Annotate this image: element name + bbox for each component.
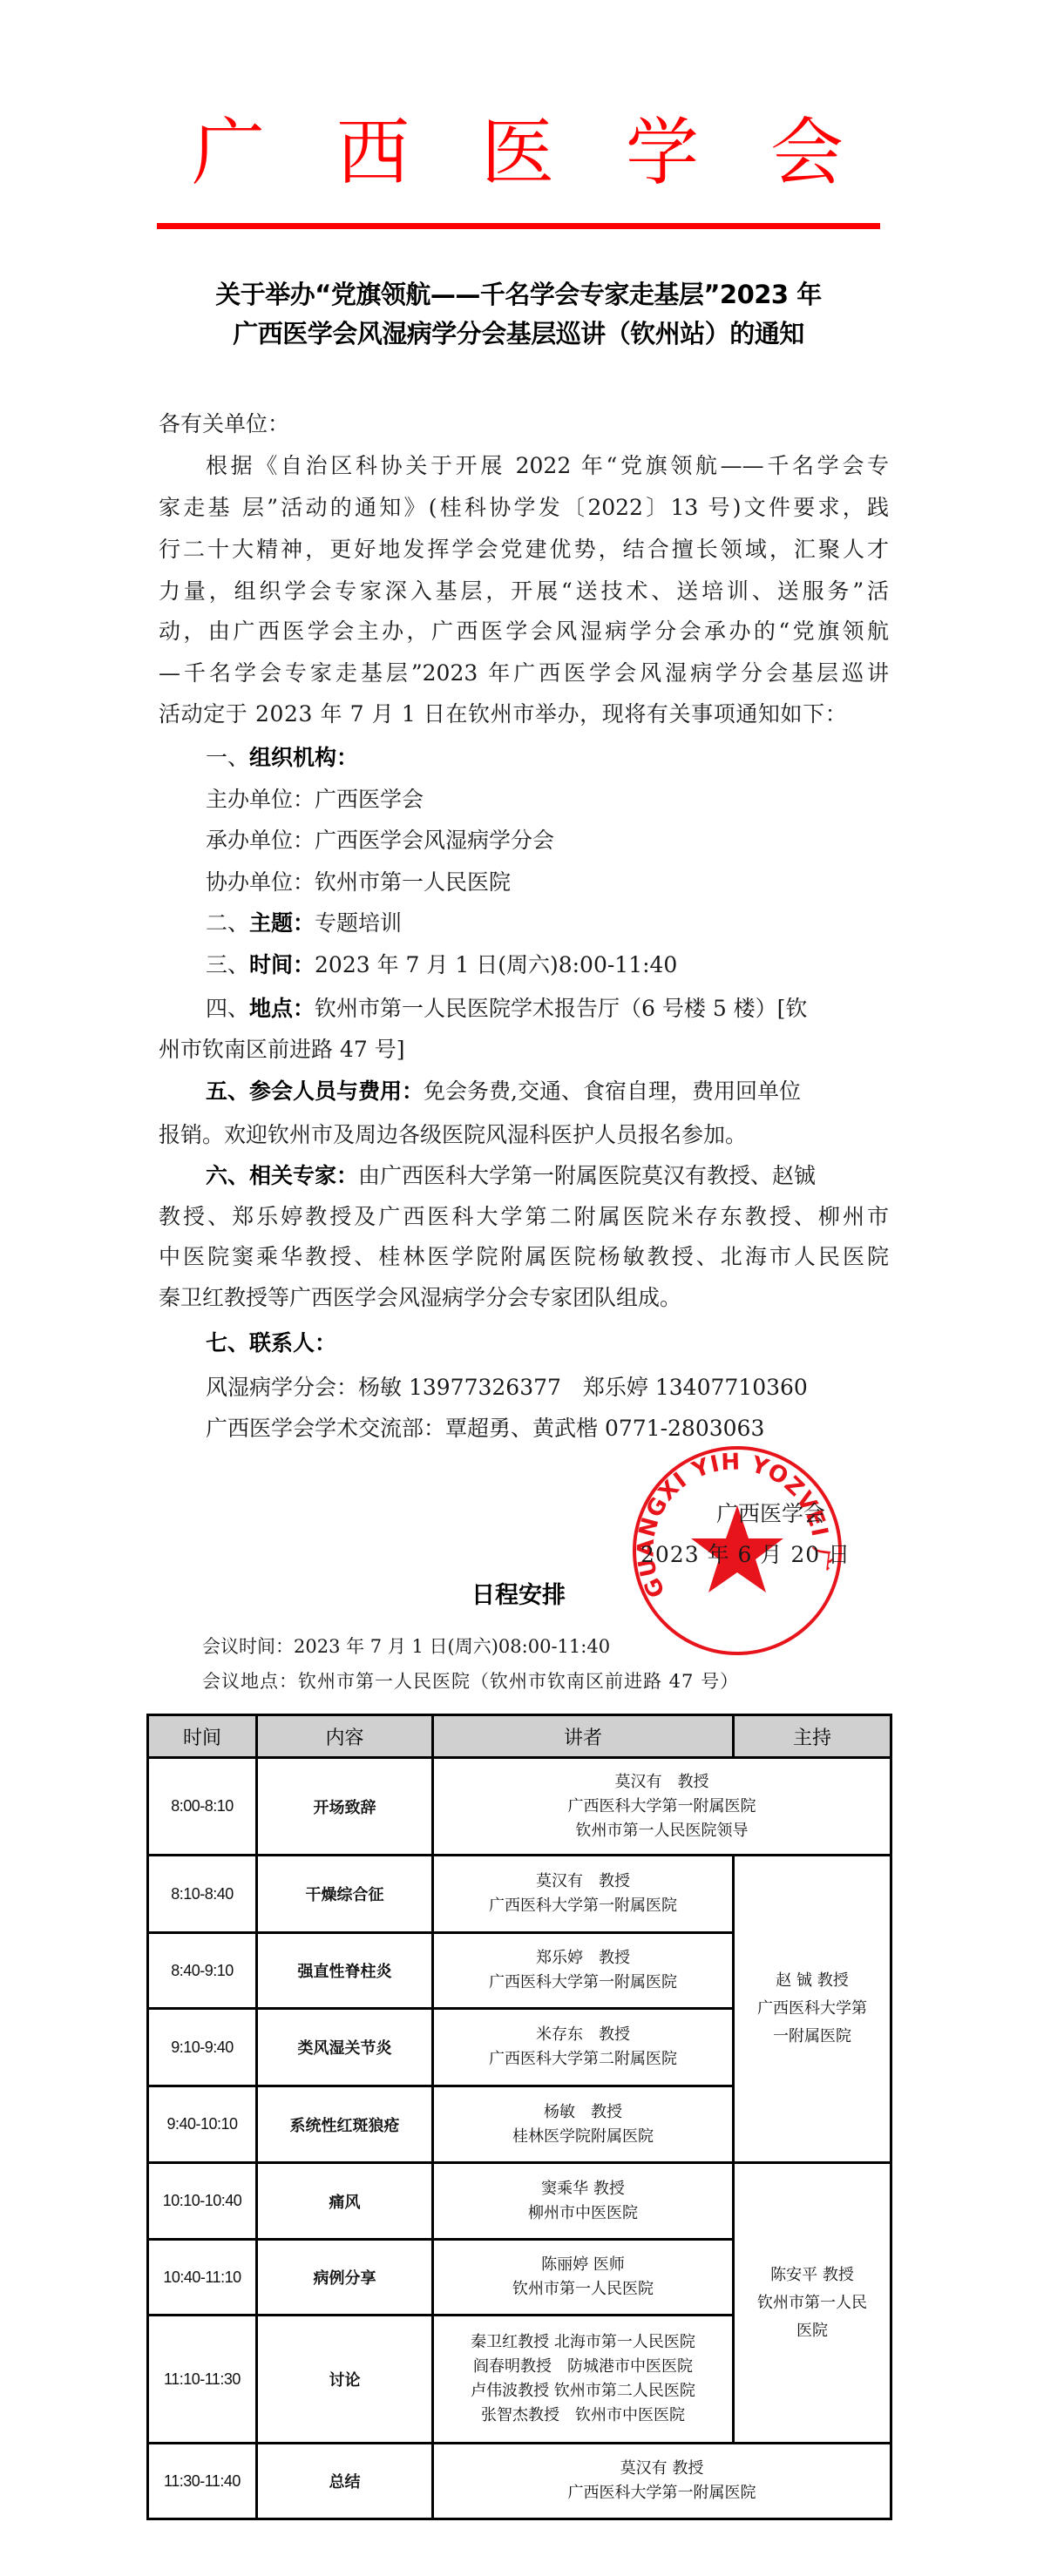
cell-host: 赵 铖 教授 广西医科大学第 一附属医院 [734,1856,891,2163]
intro-line: 力量，组织学会专家深入基层，开展“送技术、送培训、送服务”活 [159,577,889,606]
fees-value: 免会务费,交通、食宿自理，费用回单位 [424,1078,801,1104]
meeting-time: 会议时间：2023 年 7 月 1 日(周六)08:00-11:40 [202,1633,610,1660]
cell-time: 8:10-8:40 [148,1856,257,1933]
document-title-line-2: 广西医学会风湿病学分会基层巡讲（钦州站）的通知 [157,316,880,351]
venue-value-cont: 州市钦南区前进路 47 号] [159,1035,889,1065]
co-organizer-unit: 协办单位：钦州市第一人民医院 [206,868,889,897]
cell-topic: 讨论 [257,2316,433,2444]
letterhead-org-name: 广 西 医 学 会 [157,105,880,200]
schedule-title: 日程安排 [0,1579,1037,1613]
speaker-line: 广西医科大学第一附属医院 [434,1795,890,1819]
host-line: 钦州市第一人民 [735,2289,890,2317]
intro-line: 根据《自治区科协关于开展 2022 年“党旗领航——千名学会专 [206,451,889,481]
speaker-line: 陈丽婷 医师 [434,2253,732,2277]
section-heading: 主题： [249,910,315,936]
host-line: 广西医科大学第 [735,1995,890,2023]
table-row: 8:00-8:10 开场致辞 莫汉有 教授 广西医科大学第一附属医院 钦州市第一… [148,1758,891,1856]
cell-speaker: 陈丽婷 医师 钦州市第一人民医院 [433,2240,734,2316]
experts-line: 秦卫红教授等广西医学会风湿病学分会专家团队组成。 [159,1283,889,1313]
experts-value: 由广西医科大学第一附属医院莫汉有教授、赵铖 [358,1163,816,1188]
time-value: 2023 年 7 月 1 日(周六)8:00-11:40 [315,952,677,977]
section-heading: 七、联系人： [206,1330,336,1356]
speaker-line: 阎春明教授 防城港市中医医院 [434,2355,732,2379]
signature-date: 2023 年 6 月 20 日 [640,1540,851,1570]
cell-speaker: 米存东 教授 广西医科大学第二附属医院 [433,2009,734,2086]
speaker-line: 广西医科大学第一附属医院 [434,2481,890,2505]
speaker-line: 张智杰教授 钦州市中医医院 [434,2404,732,2428]
cell-speaker: 秦卫红教授 北海市第一人民医院 阎春明教授 防城港市中医医院 卢伟波教授 钦州市… [433,2316,734,2444]
cell-speaker: 莫汉有 教授 广西医科大学第一附属医院 [433,2444,891,2519]
table-row: 11:30-11:40 总结 莫汉有 教授 广西医科大学第一附属医院 [148,2444,891,2519]
section-heading: 时间： [249,952,315,977]
intro-line: 家走基 层”活动的通知》(桂科协学发〔2022〕13 号)文件要求，践 [159,493,889,523]
speaker-line: 广西医科大学第一附属医院 [434,1971,732,1995]
organizer-unit: 承办单位：广西医学会风湿病学分会 [206,826,889,855]
section-contacts: 七、联系人： [206,1329,889,1358]
cell-time: 9:40-10:10 [148,2086,257,2163]
speaker-line: 广西医科大学第一附属医院 [434,1894,732,1918]
section-number: 一、 [206,745,249,770]
meeting-place: 会议地点：钦州市第一人民医院（钦州市钦南区前进路 47 号） [202,1668,739,1694]
cell-topic: 干燥综合征 [257,1856,433,1933]
contact-line: 广西医学会学术交流部：覃超勇、黄武楷 0771-2803063 [206,1414,889,1444]
cell-topic: 病例分享 [257,2240,433,2316]
intro-line: 动，由广西医学会主办，广西医学会风湿病学分会承办的“党旗领航 [159,617,889,646]
cell-speaker: 杨敏 教授 桂林医学院附属医院 [433,2086,734,2163]
section-number: 四、 [206,996,249,1021]
letterhead-char: 西 [336,105,410,200]
letterhead-char: 广 [192,105,265,200]
cell-topic: 总结 [257,2444,433,2519]
table-header-row: 时间 内容 讲者 主持 [148,1715,891,1758]
section-heading: 组织机构： [249,745,358,770]
experts-line: 教授、郑乐婷教授及广西医科大学第二附属医院米存东教授、柳州市 [159,1202,889,1232]
section-heading: 六、相关专家： [206,1163,358,1188]
letterhead-char: 医 [481,105,554,200]
section-heading: 地点： [249,996,315,1021]
intro-line: —千名学会专家走基层”2023 年广西医学会风湿病学分会基层巡讲 [159,659,889,688]
theme-value: 专题培训 [315,910,402,936]
cell-time: 10:10-10:40 [148,2163,257,2240]
cell-host: 陈安平 教授 钦州市第一人民 医院 [734,2163,891,2444]
signature-org: 广西医学会 [716,1499,825,1529]
section-time: 三、时间：2023 年 7 月 1 日(周六)8:00-11:40 [206,950,889,980]
letterhead-char: 学 [626,105,699,200]
cell-topic: 类风湿关节炎 [257,2009,433,2086]
cell-speaker: 郑乐婷 教授 广西医科大学第一附属医院 [433,1933,734,2009]
column-header-speaker: 讲者 [433,1715,734,1758]
section-venue: 四、地点：钦州市第一人民医院学术报告厅（6 号楼 5 楼）[钦 [206,994,889,1024]
cell-speaker: 莫汉有 教授 广西医科大学第一附属医院 钦州市第一人民医院领导 [433,1758,891,1856]
intro-line: 活动定于 2023 年 7 月 1 日在钦州市举办，现将有关事项通知如下： [159,700,889,729]
table-row: 8:10-8:40 干燥综合征 莫汉有 教授 广西医科大学第一附属医院 赵 铖 … [148,1856,891,1933]
salutation: 各有关单位： [159,409,889,439]
speaker-line: 莫汉有 教授 [434,1770,890,1795]
host-line: 赵 铖 教授 [735,1967,890,1995]
speaker-line: 钦州市第一人民医院领导 [434,1819,890,1843]
letterhead-char: 会 [770,105,844,200]
column-header-time: 时间 [148,1715,257,1758]
document-title-line-1: 关于举办“党旗领航——千名学会专家走基层”2023 年 [157,277,880,312]
fees-value-cont: 报销。欢迎钦州市及周边各级医院风湿科医护人员报名参加。 [159,1120,889,1150]
speaker-line: 卢伟波教授 钦州市第二人民医院 [434,2379,732,2404]
host-line: 陈安平 教授 [735,2262,890,2289]
cell-time: 9:10-9:40 [148,2009,257,2086]
table-row: 10:10-10:40 痛风 窦乘华 教授 柳州市中医医院 陈安平 教授 钦州市… [148,2163,891,2240]
cell-speaker: 莫汉有 教授 广西医科大学第一附属医院 [433,1856,734,1933]
cell-time: 11:30-11:40 [148,2444,257,2519]
speaker-line: 秦卫红教授 北海市第一人民医院 [434,2330,732,2355]
column-header-host: 主持 [734,1715,891,1758]
section-experts: 六、相关专家：由广西医科大学第一附属医院莫汉有教授、赵铖 [206,1161,889,1191]
speaker-line: 桂林医学院附属医院 [434,2125,732,2149]
speaker-line: 杨敏 教授 [434,2100,732,2125]
cell-topic: 系统性红斑狼疮 [257,2086,433,2163]
section-fees: 五、参会人员与费用：免会务费,交通、食宿自理，费用回单位 [206,1077,889,1106]
section-number: 二、 [206,910,249,936]
speaker-line: 窦乘华 教授 [434,2177,732,2201]
speaker-line: 广西医科大学第二附属医院 [434,2047,732,2072]
venue-value: 钦州市第一人民医院学术报告厅（6 号楼 5 楼）[钦 [315,996,807,1021]
section-theme: 二、主题：专题培训 [206,909,889,938]
contact-line: 风湿病学分会：杨敏 13977326377 郑乐婷 13407710360 [206,1373,889,1403]
column-header-topic: 内容 [257,1715,433,1758]
cell-time: 8:40-9:10 [148,1933,257,2009]
cell-time: 11:10-11:30 [148,2316,257,2444]
host-line: 一附属医院 [735,2023,890,2051]
speaker-line: 莫汉有 教授 [434,1869,732,1894]
section-heading: 五、参会人员与费用： [206,1078,424,1104]
intro-line: 行二十大精神，更好地发挥学会党建优势，结合擅长领域，汇聚人才 [159,535,889,565]
cell-topic: 开场致辞 [257,1758,433,1856]
speaker-line: 柳州市中医医院 [434,2201,732,2226]
speaker-line: 郑乐婷 教授 [434,1946,732,1971]
host-line: 医院 [735,2317,890,2345]
schedule-table: 时间 内容 讲者 主持 8:00-8:10 开场致辞 莫汉有 教授 广西医科大学… [146,1714,892,2520]
speaker-line: 钦州市第一人民医院 [434,2277,732,2302]
section-org-heading: 一、组织机构： [206,743,889,773]
cell-speaker: 窦乘华 教授 柳州市中医医院 [433,2163,734,2240]
experts-line: 中医院窦乘华教授、桂林医学院附属医院杨敏教授、北海市人民医院 [159,1242,889,1272]
speaker-line: 莫汉有 教授 [434,2457,890,2481]
cell-topic: 强直性脊柱炎 [257,1933,433,2009]
cell-topic: 痛风 [257,2163,433,2240]
section-number: 三、 [206,952,249,977]
host-unit: 主办单位：广西医学会 [206,785,889,815]
cell-time: 10:40-11:10 [148,2240,257,2316]
letterhead-divider [157,223,880,229]
cell-time: 8:00-8:10 [148,1758,257,1856]
speaker-line: 米存东 教授 [434,2023,732,2047]
